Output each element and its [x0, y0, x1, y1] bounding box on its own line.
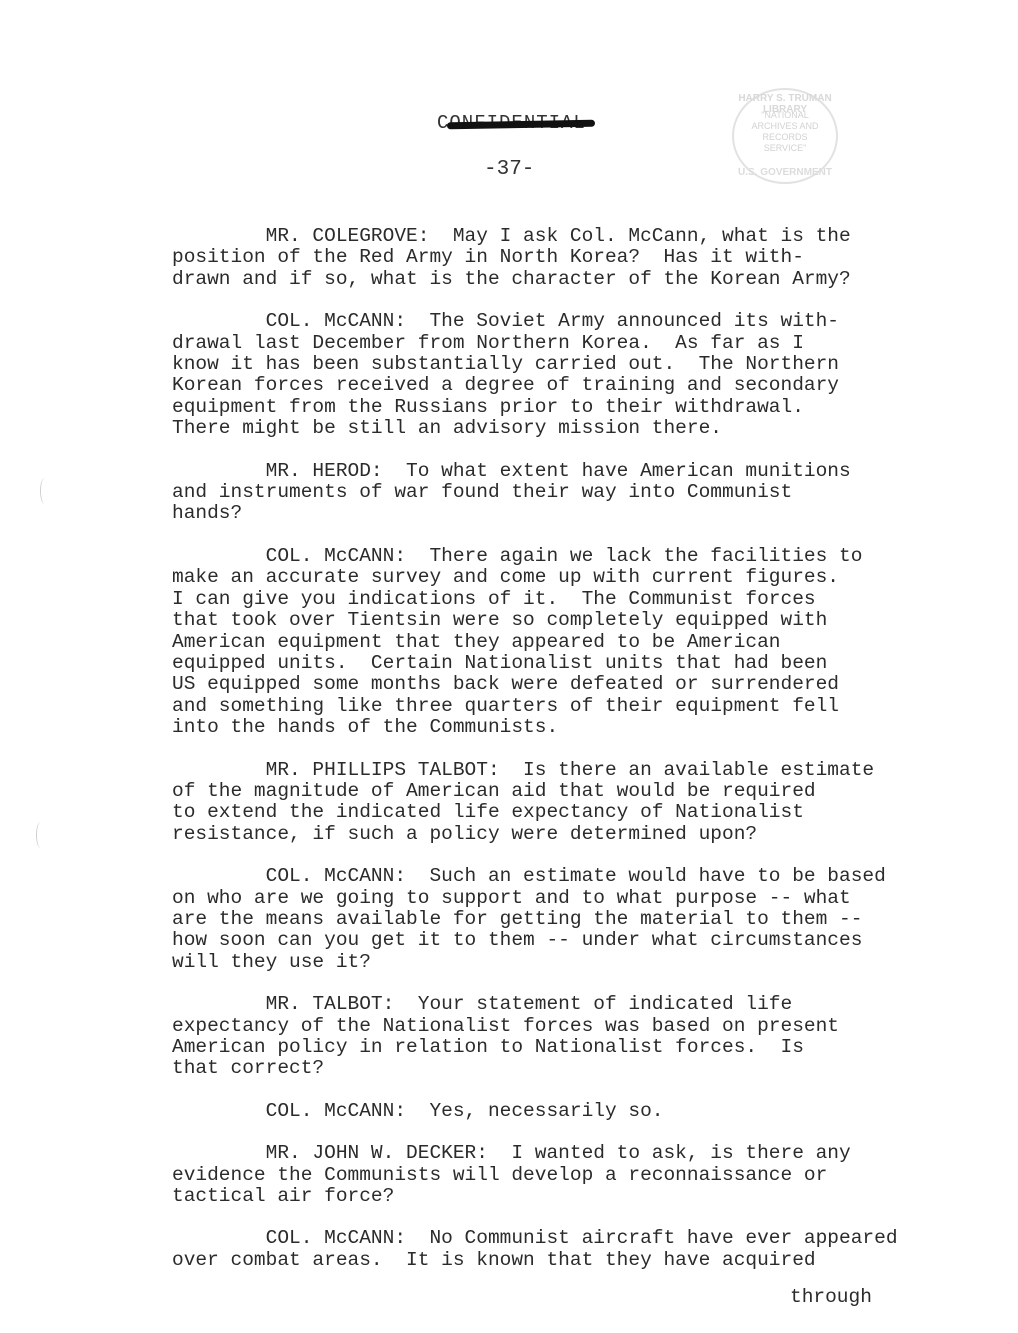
classification-marking: CONFIDENTIAL	[437, 112, 586, 134]
transcript-line: know it has been substantially carried o…	[172, 354, 932, 375]
transcript-line: hands?	[172, 503, 932, 524]
transcript-paragraph: COL. McCANN: There again we lack the fac…	[172, 546, 932, 739]
transcript-paragraph: MR. COLEGROVE: May I ask Col. McCann, wh…	[172, 226, 932, 290]
transcript-line: to extend the indicated life expectancy …	[172, 802, 932, 823]
transcript-paragraph: COL. McCANN: Such an estimate would have…	[172, 866, 932, 973]
stamp-ring-bottom: U.S. GOVERNMENT	[734, 167, 836, 178]
transcript-line: MR. JOHN W. DECKER: I wanted to ask, is …	[172, 1143, 932, 1164]
margin-punch-mark	[36, 822, 45, 848]
transcript-line: COL. McCANN: Yes, necessarily so.	[172, 1101, 932, 1122]
transcript-line: will they use it?	[172, 952, 932, 973]
stamp-line: SERVICE"	[734, 143, 836, 154]
transcript-line: are the means available for getting the …	[172, 909, 932, 930]
transcript-paragraph: MR. HEROD: To what extent have American …	[172, 461, 932, 525]
transcript-line: I can give you indications of it. The Co…	[172, 589, 932, 610]
stamp-line: RECORDS	[734, 132, 836, 143]
document-page: CONFIDENTIAL -37- HARRY S. TRUMAN LIBRAR…	[0, 0, 1018, 1333]
transcript-line: make an accurate survey and come up with…	[172, 567, 932, 588]
transcript-line: Korean forces received a degree of train…	[172, 375, 932, 396]
transcript-paragraph: MR. TALBOT: Your statement of indicated …	[172, 994, 932, 1080]
transcript-paragraph: MR. JOHN W. DECKER: I wanted to ask, is …	[172, 1143, 932, 1207]
transcript-line: MR. PHILLIPS TALBOT: Is there an availab…	[172, 760, 932, 781]
transcript-line: MR. TALBOT: Your statement of indicated …	[172, 994, 932, 1015]
transcript-line: resistance, if such a policy were determ…	[172, 824, 932, 845]
transcript-line: equipped units. Certain Nationalist unit…	[172, 653, 932, 674]
transcript-line: that correct?	[172, 1058, 932, 1079]
transcript-line: COL. McCANN: The Soviet Army announced i…	[172, 311, 932, 332]
transcript-line: There might be still an advisory mission…	[172, 418, 932, 439]
transcript-line: COL. McCANN: There again we lack the fac…	[172, 546, 932, 567]
stamp-line: ARCHIVES AND	[734, 121, 836, 132]
transcript-line: US equipped some months back were defeat…	[172, 674, 932, 695]
transcript-line: American policy in relation to Nationali…	[172, 1037, 932, 1058]
transcript-line: MR. COLEGROVE: May I ask Col. McCann, wh…	[172, 226, 932, 247]
margin-punch-mark	[40, 478, 49, 504]
transcript-line: and instruments of war found their way i…	[172, 482, 932, 503]
transcript-line: American equipment that they appeared to…	[172, 632, 932, 653]
transcript-line: that took over Tientsin were so complete…	[172, 610, 932, 631]
transcript-line: evidence the Communists will develop a r…	[172, 1165, 932, 1186]
transcript-line: COL. McCANN: Such an estimate would have…	[172, 866, 932, 887]
transcript-line: equipment from the Russians prior to the…	[172, 397, 932, 418]
transcript-line: MR. HEROD: To what extent have American …	[172, 461, 932, 482]
transcript-line: expectancy of the Nationalist forces was…	[172, 1016, 932, 1037]
archives-stamp: HARRY S. TRUMAN LIBRARY "NATIONAL ARCHIV…	[732, 88, 838, 184]
transcript-line: position of the Red Army in North Korea?…	[172, 247, 932, 268]
transcript-paragraph: COL. McCANN: No Communist aircraft have …	[172, 1228, 932, 1271]
transcript-line: and something like three quarters of the…	[172, 696, 932, 717]
transcript-line: on who are we going to support and to wh…	[172, 888, 932, 909]
transcript-line: COL. McCANN: No Communist aircraft have …	[172, 1228, 932, 1249]
transcript-line: over combat areas. It is known that they…	[172, 1250, 932, 1271]
transcript-paragraph: COL. McCANN: Yes, necessarily so.	[172, 1101, 932, 1122]
transcript-line: drawal last December from Northern Korea…	[172, 333, 932, 354]
transcript-line: drawn and if so, what is the character o…	[172, 269, 932, 290]
transcript-line: of the magnitude of American aid that wo…	[172, 781, 932, 802]
catchword: through	[790, 1286, 872, 1308]
transcript-line: how soon can you get it to them -- under…	[172, 930, 932, 951]
transcript-line: into the hands of the Communists.	[172, 717, 932, 738]
transcript-paragraph: MR. PHILLIPS TALBOT: Is there an availab…	[172, 760, 932, 846]
transcript-line: tactical air force?	[172, 1186, 932, 1207]
transcript-body: MR. COLEGROVE: May I ask Col. McCann, wh…	[172, 226, 932, 1292]
transcript-paragraph: COL. McCANN: The Soviet Army announced i…	[172, 311, 932, 439]
page-number: -37-	[484, 158, 534, 181]
stamp-ring-top: HARRY S. TRUMAN LIBRARY	[734, 93, 836, 115]
